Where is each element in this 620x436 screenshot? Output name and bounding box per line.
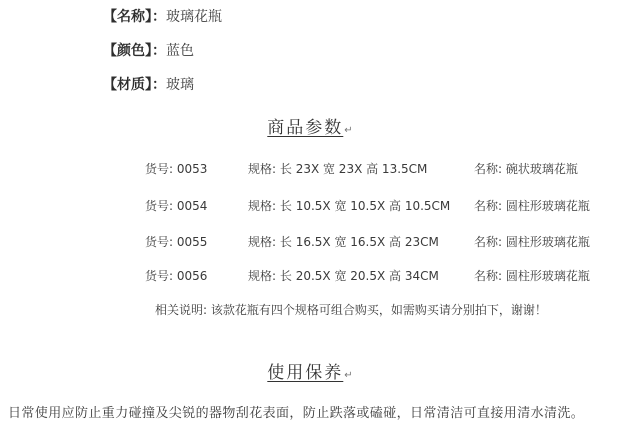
sku-cell: 货号: 0055 xyxy=(145,234,248,250)
related-note-text: 该款花瓶有四个规格可组合购买，如需购买请分别拍下，谢谢！ xyxy=(211,303,547,317)
sku-cell: 货号: 0053 xyxy=(145,161,248,177)
name-value: 圆柱形玻璃花瓶 xyxy=(506,269,590,283)
sku-label: 货号: xyxy=(145,199,173,213)
section-title-params: 商品参数↵ xyxy=(0,113,620,138)
spec-cell: 规格: 长 20.5X 宽 20.5X 高 34CM xyxy=(248,268,474,284)
name-value: 圆柱形玻璃花瓶 xyxy=(506,199,590,213)
name-label: 名称: xyxy=(474,162,502,176)
paragraph-mark-icon: ↵ xyxy=(344,125,352,136)
section-title-care-text: 使用保养 xyxy=(267,363,343,383)
section-title-care: 使用保养↵ xyxy=(0,358,620,383)
product-material-value: 玻璃 xyxy=(166,77,194,93)
sku-value: 0055 xyxy=(177,235,208,249)
spec-row: 货号: 0056 规格: 长 20.5X 宽 20.5X 高 34CM 名称: … xyxy=(0,268,620,284)
name-value: 碗状玻璃花瓶 xyxy=(506,162,578,176)
spec-cell: 规格: 长 10.5X 宽 10.5X 高 10.5CM xyxy=(248,198,474,214)
name-cell: 名称: 圆柱形玻璃花瓶 xyxy=(474,234,620,250)
product-name-value: 玻璃花瓶 xyxy=(166,9,222,25)
spec-label: 规格: xyxy=(248,235,276,249)
name-value: 圆柱形玻璃花瓶 xyxy=(506,235,590,249)
spec-row: 货号: 0054 规格: 长 10.5X 宽 10.5X 高 10.5CM 名称… xyxy=(0,198,620,214)
spec-value: 长 23X 宽 23X 高 13.5CM xyxy=(280,162,428,176)
sku-value: 0056 xyxy=(177,269,208,283)
name-label: 名称: xyxy=(474,235,502,249)
product-material-row: 【材质】：玻璃 xyxy=(103,75,222,95)
paragraph-mark-icon: ↵ xyxy=(344,370,352,381)
related-note: 相关说明: 该款花瓶有四个规格可组合购买，如需购买请分别拍下，谢谢！ xyxy=(155,301,547,318)
spec-row: 货号: 0055 规格: 长 16.5X 宽 16.5X 高 23CM 名称: … xyxy=(0,234,620,250)
sku-label: 货号: xyxy=(145,162,173,176)
product-description-page: 【名称】：玻璃花瓶 【颜色】：蓝色 【材质】：玻璃 商品参数↵ 货号: 0053… xyxy=(0,0,620,436)
sku-value: 0054 xyxy=(177,199,208,213)
product-info-block: 【名称】：玻璃花瓶 【颜色】：蓝色 【材质】：玻璃 xyxy=(103,7,222,109)
section-title-params-text: 商品参数 xyxy=(267,118,343,138)
spec-row: 货号: 0053 规格: 长 23X 宽 23X 高 13.5CM 名称: 碗状… xyxy=(0,161,620,177)
sku-label: 货号: xyxy=(145,269,173,283)
name-cell: 名称: 圆柱形玻璃花瓶 xyxy=(474,198,620,214)
spec-value: 长 16.5X 宽 16.5X 高 23CM xyxy=(280,235,439,249)
related-note-label: 相关说明: xyxy=(155,303,207,317)
spec-cell: 规格: 长 23X 宽 23X 高 13.5CM xyxy=(248,161,474,177)
product-material-label: 【材质】： xyxy=(103,77,166,93)
sku-cell: 货号: 0056 xyxy=(145,268,248,284)
product-color-label: 【颜色】： xyxy=(103,43,166,59)
product-name-label: 【名称】： xyxy=(103,9,166,25)
name-cell: 名称: 圆柱形玻璃花瓶 xyxy=(474,268,620,284)
product-name-row: 【名称】：玻璃花瓶 xyxy=(103,7,222,27)
spec-value: 长 20.5X 宽 20.5X 高 34CM xyxy=(280,269,439,283)
spec-cell: 规格: 长 16.5X 宽 16.5X 高 23CM xyxy=(248,234,474,250)
product-color-value: 蓝色 xyxy=(166,43,194,59)
spec-label: 规格: xyxy=(248,199,276,213)
spec-label: 规格: xyxy=(248,162,276,176)
spec-label: 规格: xyxy=(248,269,276,283)
name-label: 名称: xyxy=(474,269,502,283)
sku-value: 0053 xyxy=(177,162,208,176)
sku-cell: 货号: 0054 xyxy=(145,198,248,214)
sku-label: 货号: xyxy=(145,235,173,249)
name-cell: 名称: 碗状玻璃花瓶 xyxy=(474,161,620,177)
product-color-row: 【颜色】：蓝色 xyxy=(103,41,222,61)
spec-value: 长 10.5X 宽 10.5X 高 10.5CM xyxy=(280,199,450,213)
care-instructions-text: 日常使用应防止重力碰撞及尖锐的器物刮花表面，防止跌落或磕碰，日常清洁可直接用清水… xyxy=(8,402,584,421)
name-label: 名称: xyxy=(474,199,502,213)
